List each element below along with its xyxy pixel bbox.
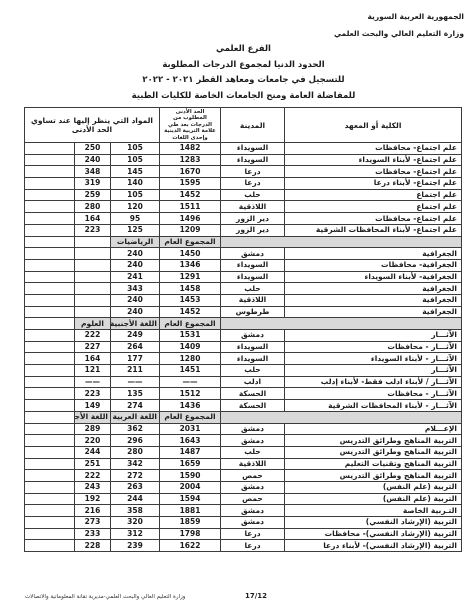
subject1-cell: 135 [111,388,160,400]
table-row: الآثـــار - محافظاتالسويداء1409264227 [24,341,461,353]
table-row: الآثـــاردمشق1531249222 [24,330,461,342]
total-cell: 1511 [160,201,221,213]
extra-cell [24,189,74,201]
extra-cell [24,213,74,225]
total-cell: 1450 [160,248,221,260]
subject2-cell: 319 [75,178,111,190]
college-cell: الآثـــار [285,365,462,377]
city-cell: حمص [221,470,285,482]
college-cell: الجغرافية- محافظات [285,259,462,271]
extra-cell [24,505,74,517]
title-line-3: للتسجيل في جامعات ومعاهد القطر ٢٠٢١ - ٢٠… [25,73,462,89]
page-number: 17/12 [245,592,267,600]
college-cell: الجغرافية [285,283,462,295]
total-cell: 1659 [160,458,221,470]
table-row: الآثـــارحلب1451211121 [24,365,461,377]
city-cell: دمشق [221,435,285,447]
table-row: الجغرافيةطرطوس1452240 [24,306,461,318]
extra-cell [24,201,74,213]
subject2-cell: 240 [75,154,111,166]
subject2-cell: 273 [75,517,111,529]
subject2-cell: 243 [75,481,111,493]
table-row: الجغرافية- محافظاتالسويداء1346240 [24,259,461,271]
total-cell: 1487 [160,446,221,458]
min-total-header: الحد الأدنى المطلوب من الدرجات بعد طي عل… [160,108,221,143]
subject1-cell: 240 [111,294,160,306]
table-row: التربية (الإرشاد النفسي)- محافظاتدرعا179… [24,528,461,540]
subject1-cell: 342 [111,458,160,470]
city-cell: دمشق [221,481,285,493]
college-cell: علم اجتماع- محافظات [285,166,462,178]
section-subject1-label: الرياضيات [111,236,160,248]
table-row: التربية (علم النفس)دمشق2004263243 [24,481,461,493]
city-cell: الحسكة [221,388,285,400]
total-cell: 1859 [160,517,221,529]
extra-cell [24,435,74,447]
title-line-2: الحدود الدنيا لمجموع الدرجات المطلوبة [25,58,462,74]
section-subject1-label: اللغة العربية [111,411,160,423]
total-cell: 1482 [160,143,221,155]
college-cell: التربية (علم النفس) [285,481,462,493]
subject1-cell: 240 [111,248,160,260]
total-cell: 1436 [160,400,221,412]
college-cell: الآثـــار - لأبناء السويداء [285,353,462,365]
subject2-cell: 250 [75,143,111,155]
extra-cell [24,376,74,388]
extra-cell [24,224,74,236]
table-header-row: الكلية أو المعهد المدينة الحد الأدنى الم… [24,108,461,143]
extra-cell [24,271,74,283]
section-spacer-cell [221,318,462,330]
section-extra-cell [24,411,74,423]
subject2-cell [75,259,111,271]
section-subject2-label [75,236,111,248]
document-page: { "gov_header": { "line1": "الجمهورية ال… [0,0,474,613]
college-cell: الجغرافية- لأبناء السويداء [285,271,462,283]
total-cell: 1209 [160,224,221,236]
subject2-cell: 233 [75,528,111,540]
branch-title: الفرع العلمي [25,42,462,58]
city-cell: حمص [221,493,285,505]
city-cell: اللاذقية [221,294,285,306]
subject1-cell: 105 [111,189,160,201]
subject2-cell: 280 [75,201,111,213]
total-cell: 1283 [160,154,221,166]
subject2-cell: 244 [75,446,111,458]
extra-cell [24,248,74,260]
extra-cell [24,143,74,155]
city-cell: حلب [221,446,285,458]
section-spacer-cell [221,236,462,248]
city-cell: ادلب [221,376,285,388]
city-cell: السويداء [221,259,285,271]
college-cell: التربية المناهج وتقنيات التعليم [285,458,462,470]
total-cell: 1496 [160,213,221,225]
total-cell: 1594 [160,493,221,505]
extra-cell [24,400,74,412]
city-cell: السويداء [221,353,285,365]
title-line-4: للمفاضلة العامة ومنح الجامعات الخاصة للك… [25,89,462,105]
college-cell: الآثـــار - محافظات [285,341,462,353]
subject2-cell: 220 [75,435,111,447]
extra-cell [24,353,74,365]
college-cell: علم اجتماع- محافظات [285,213,462,225]
city-cell: دمشق [221,248,285,260]
table-row: التربية المناهج وطرائق التدريسدمشق164329… [24,435,461,447]
total-cell: 1458 [160,283,221,295]
extra-cell [24,446,74,458]
college-cell: الآثـــار [285,330,462,342]
city-cell: اللاذقية [221,201,285,213]
subject2-cell [75,294,111,306]
subject2-cell: 251 [75,458,111,470]
table-row: الجغرافية- لأبناء السويداءالسويداء129124… [24,271,461,283]
subject2-cell: 164 [75,353,111,365]
total-cell: —— [160,376,221,388]
total-cell: 1409 [160,341,221,353]
city-cell: السويداء [221,271,285,283]
table-row: التربية (الإرشاد النفسي)دمشق1859320273 [24,517,461,529]
subject1-cell: 362 [111,423,160,435]
table-row: علم اجتماع- محافظاتالسويداء1482105250 [24,143,461,155]
subject1-cell: 296 [111,435,160,447]
section-spacer-cell [221,411,462,423]
total-cell: 1453 [160,294,221,306]
total-cell: 1346 [160,259,221,271]
table-row: الآثـــار - لأبناء السويداءالسويداء12801… [24,353,461,365]
college-cell: التربية (علم النفس) [285,493,462,505]
college-cell: علم اجتماع- محافظات [285,143,462,155]
subject1-cell: 280 [111,446,160,458]
subject1-cell: 320 [111,517,160,529]
subject2-cell [75,306,111,318]
subject1-cell: 140 [111,178,160,190]
subject2-cell: 227 [75,341,111,353]
section-subject1-label: اللغة الأجنبية [111,318,160,330]
table-row: علم اجتماع- لأبناء درعادرعا1595140319 [24,178,461,190]
city-cell: اللاذقية [221,458,285,470]
college-cell: الإعـــلام [285,423,462,435]
table-row: الآثـــار - لأبناء المحافظات الشرقيةالحس… [24,400,461,412]
city-cell: حلب [221,283,285,295]
table-row: التـربية الخاصةدمشق1881358216 [24,505,461,517]
city-cell: السويداء [221,154,285,166]
extra-cell [24,294,74,306]
extra-cell [24,423,74,435]
table-row: الآثـــار / لأبناء ادلب فقط- لأبناء إدلب… [24,376,461,388]
tie-subjects-header: المواد التي ينظر إليها عند تساوي الحد ال… [24,108,159,143]
total-cell: 1512 [160,388,221,400]
subject1-cell: —— [111,376,160,388]
table-row: التربية (علم النفس)حمص1594244192 [24,493,461,505]
table-row: علم اجتماع- لأبناء المحافظات الشرقيةدير … [24,224,461,236]
subject1-cell: 241 [111,271,160,283]
extra-cell [24,458,74,470]
total-cell: 1622 [160,540,221,552]
city-header: المدينة [221,108,285,143]
extra-cell [24,365,74,377]
city-cell: دمشق [221,423,285,435]
subject2-cell: 259 [75,189,111,201]
extra-cell [24,330,74,342]
city-cell: دمشق [221,330,285,342]
subject1-cell: 239 [111,540,160,552]
extra-cell [24,493,74,505]
table-row: علم اجتماع- محافظاتدير الزور149695164 [24,213,461,225]
city-cell: دمشق [221,505,285,517]
subject2-cell: 121 [75,365,111,377]
subject1-cell: 272 [111,470,160,482]
table-row: التربية المناهج وطرائق التدريسحلب1487280… [24,446,461,458]
section-header-row: المجموع العامالرياضيات [24,236,461,248]
subject1-cell: 249 [111,330,160,342]
total-cell: 1670 [160,166,221,178]
country-name: الجمهورية العربية السورية [334,8,464,25]
subject1-cell: 211 [111,365,160,377]
table-row: التربية المناهج وتقنيات التعليماللاذقية1… [24,458,461,470]
table-row: علم اجتماع- محافظاتدرعا1670145348 [24,166,461,178]
city-cell: حلب [221,365,285,377]
city-cell: الحسكة [221,400,285,412]
extra-cell [24,388,74,400]
extra-cell [24,470,74,482]
table-row: علم اجتماعحلب1452105259 [24,189,461,201]
subject2-cell: 192 [75,493,111,505]
subject2-cell: 222 [75,470,111,482]
college-cell: التربية المناهج وطرائق التدريس [285,435,462,447]
table-row: الجغرافيةحلب1458343 [24,283,461,295]
extra-cell [24,540,74,552]
table-row: علم اجتماعاللاذقية1511120280 [24,201,461,213]
total-cell: 2004 [160,481,221,493]
total-cell: 2031 [160,423,221,435]
college-cell: التربية (الإرشاد النفسي)- محافظات [285,528,462,540]
extra-cell [24,178,74,190]
subject2-cell: 228 [75,540,111,552]
college-cell: الآثـــار - محافظات [285,388,462,400]
extra-cell [24,528,74,540]
subject2-cell: —— [75,376,111,388]
government-header: الجمهورية العربية السورية وزارة التعليم … [334,8,464,42]
subject1-cell: 274 [111,400,160,412]
extra-cell [24,154,74,166]
college-cell: علم اجتماع- لأبناء المحافظات الشرقية [285,224,462,236]
college-cell: الجغرافية [285,294,462,306]
extra-cell [24,259,74,271]
total-cell: 1590 [160,470,221,482]
subject1-cell: 240 [111,259,160,271]
total-cell: 1280 [160,353,221,365]
subject1-cell: 105 [111,154,160,166]
extra-cell [24,306,74,318]
table-row: الجغرافيةدمشق1450240 [24,248,461,260]
subject1-cell: 177 [111,353,160,365]
city-cell: درعا [221,166,285,178]
total-cell: 1451 [160,365,221,377]
college-cell: علم اجتماع- لأبناء السويداء [285,154,462,166]
subject2-cell: 289 [75,423,111,435]
subject2-cell: 149 [75,400,111,412]
subject1-cell: 312 [111,528,160,540]
subject2-cell: 223 [75,388,111,400]
subject1-cell: 125 [111,224,160,236]
city-cell: دمشق [221,517,285,529]
college-header: الكلية أو المعهد [285,108,462,143]
section-subject2-label: اللغة الأجنبية [75,411,111,423]
city-cell: السويداء [221,143,285,155]
subject1-cell: 244 [111,493,160,505]
college-cell: التربية المناهج وطرائق التدريس [285,446,462,458]
city-cell: درعا [221,540,285,552]
college-cell: علم اجتماع [285,201,462,213]
college-cell: التربية (الإرشاد النفسي)- لأبناء درعا [285,540,462,552]
city-cell: طرطوس [221,306,285,318]
city-cell: دير الزور [221,213,285,225]
subject1-cell: 95 [111,213,160,225]
page-footer: 17/12 وزارة التعليم العالي والبحث العلمي… [25,591,462,605]
ministry-note: وزارة التعليم العالي والبحث العلمي-مديري… [25,594,185,600]
subject2-cell: 222 [75,330,111,342]
college-cell: الجغرافية [285,248,462,260]
ministry-name: وزارة التعليم العالي والبحث العلمي [334,25,464,42]
section-subject2-label: العلوم [75,318,111,330]
subject1-cell: 343 [111,283,160,295]
college-cell: علم اجتماع- لأبناء درعا [285,178,462,190]
extra-cell [24,283,74,295]
extra-cell [24,481,74,493]
document-titles: الفرع العلمي الحدود الدنيا لمجموع الدرجا… [25,42,462,104]
total-cell: 1643 [160,435,221,447]
subject1-cell: 263 [111,481,160,493]
section-header-row: المجموع العاماللغة العربيةاللغة الأجنبية [24,411,461,423]
college-cell: الجغرافية [285,306,462,318]
grades-table: الكلية أو المعهد المدينة الحد الأدنى الم… [24,107,462,552]
subject2-cell: 223 [75,224,111,236]
college-cell: علم اجتماع [285,189,462,201]
subject2-cell [75,283,111,295]
city-cell: السويداء [221,341,285,353]
total-cell: 1452 [160,306,221,318]
subject2-cell: 164 [75,213,111,225]
college-cell: التـربية الخاصة [285,505,462,517]
table-row: التربية (الإرشاد النفسي)- لأبناء درعادرع… [24,540,461,552]
table-row: الجغرافيةاللاذقية1453240 [24,294,461,306]
table-row: التربية المناهج وطرائق التدريسحمص1590272… [24,470,461,482]
subject2-cell [75,248,111,260]
extra-cell [24,166,74,178]
table-row: الإعـــلامدمشق2031362289 [24,423,461,435]
total-cell: 1595 [160,178,221,190]
college-cell: الآثـــار - لأبناء المحافظات الشرقية [285,400,462,412]
subject1-cell: 105 [111,143,160,155]
total-cell: 1452 [160,189,221,201]
subject1-cell: 358 [111,505,160,517]
section-total-label: المجموع العام [160,318,221,330]
table-row: علم اجتماع- لأبناء السويداءالسويداء12831… [24,154,461,166]
section-extra-cell [24,236,74,248]
subject2-cell [75,271,111,283]
section-total-label: المجموع العام [160,236,221,248]
section-header-row: المجموع العاماللغة الأجنبيةالعلوم [24,318,461,330]
total-cell: 1531 [160,330,221,342]
extra-cell [24,341,74,353]
college-cell: التربية المناهج وطرائق التدريس [285,470,462,482]
subject1-cell: 120 [111,201,160,213]
city-cell: دير الزور [221,224,285,236]
subject1-cell: 264 [111,341,160,353]
total-cell: 1881 [160,505,221,517]
college-cell: التربية (الإرشاد النفسي) [285,517,462,529]
subject1-cell: 145 [111,166,160,178]
section-total-label: المجموع العام [160,411,221,423]
subject1-cell: 240 [111,306,160,318]
college-cell: الآثـــار / لأبناء ادلب فقط- لأبناء إدلب [285,376,462,388]
city-cell: حلب [221,189,285,201]
subject2-cell: 216 [75,505,111,517]
total-cell: 1798 [160,528,221,540]
section-extra-cell [24,318,74,330]
city-cell: درعا [221,178,285,190]
total-cell: 1291 [160,271,221,283]
extra-cell [24,517,74,529]
city-cell: درعا [221,528,285,540]
subject2-cell: 348 [75,166,111,178]
table-row: الآثـــار - محافظاتالحسكة1512135223 [24,388,461,400]
